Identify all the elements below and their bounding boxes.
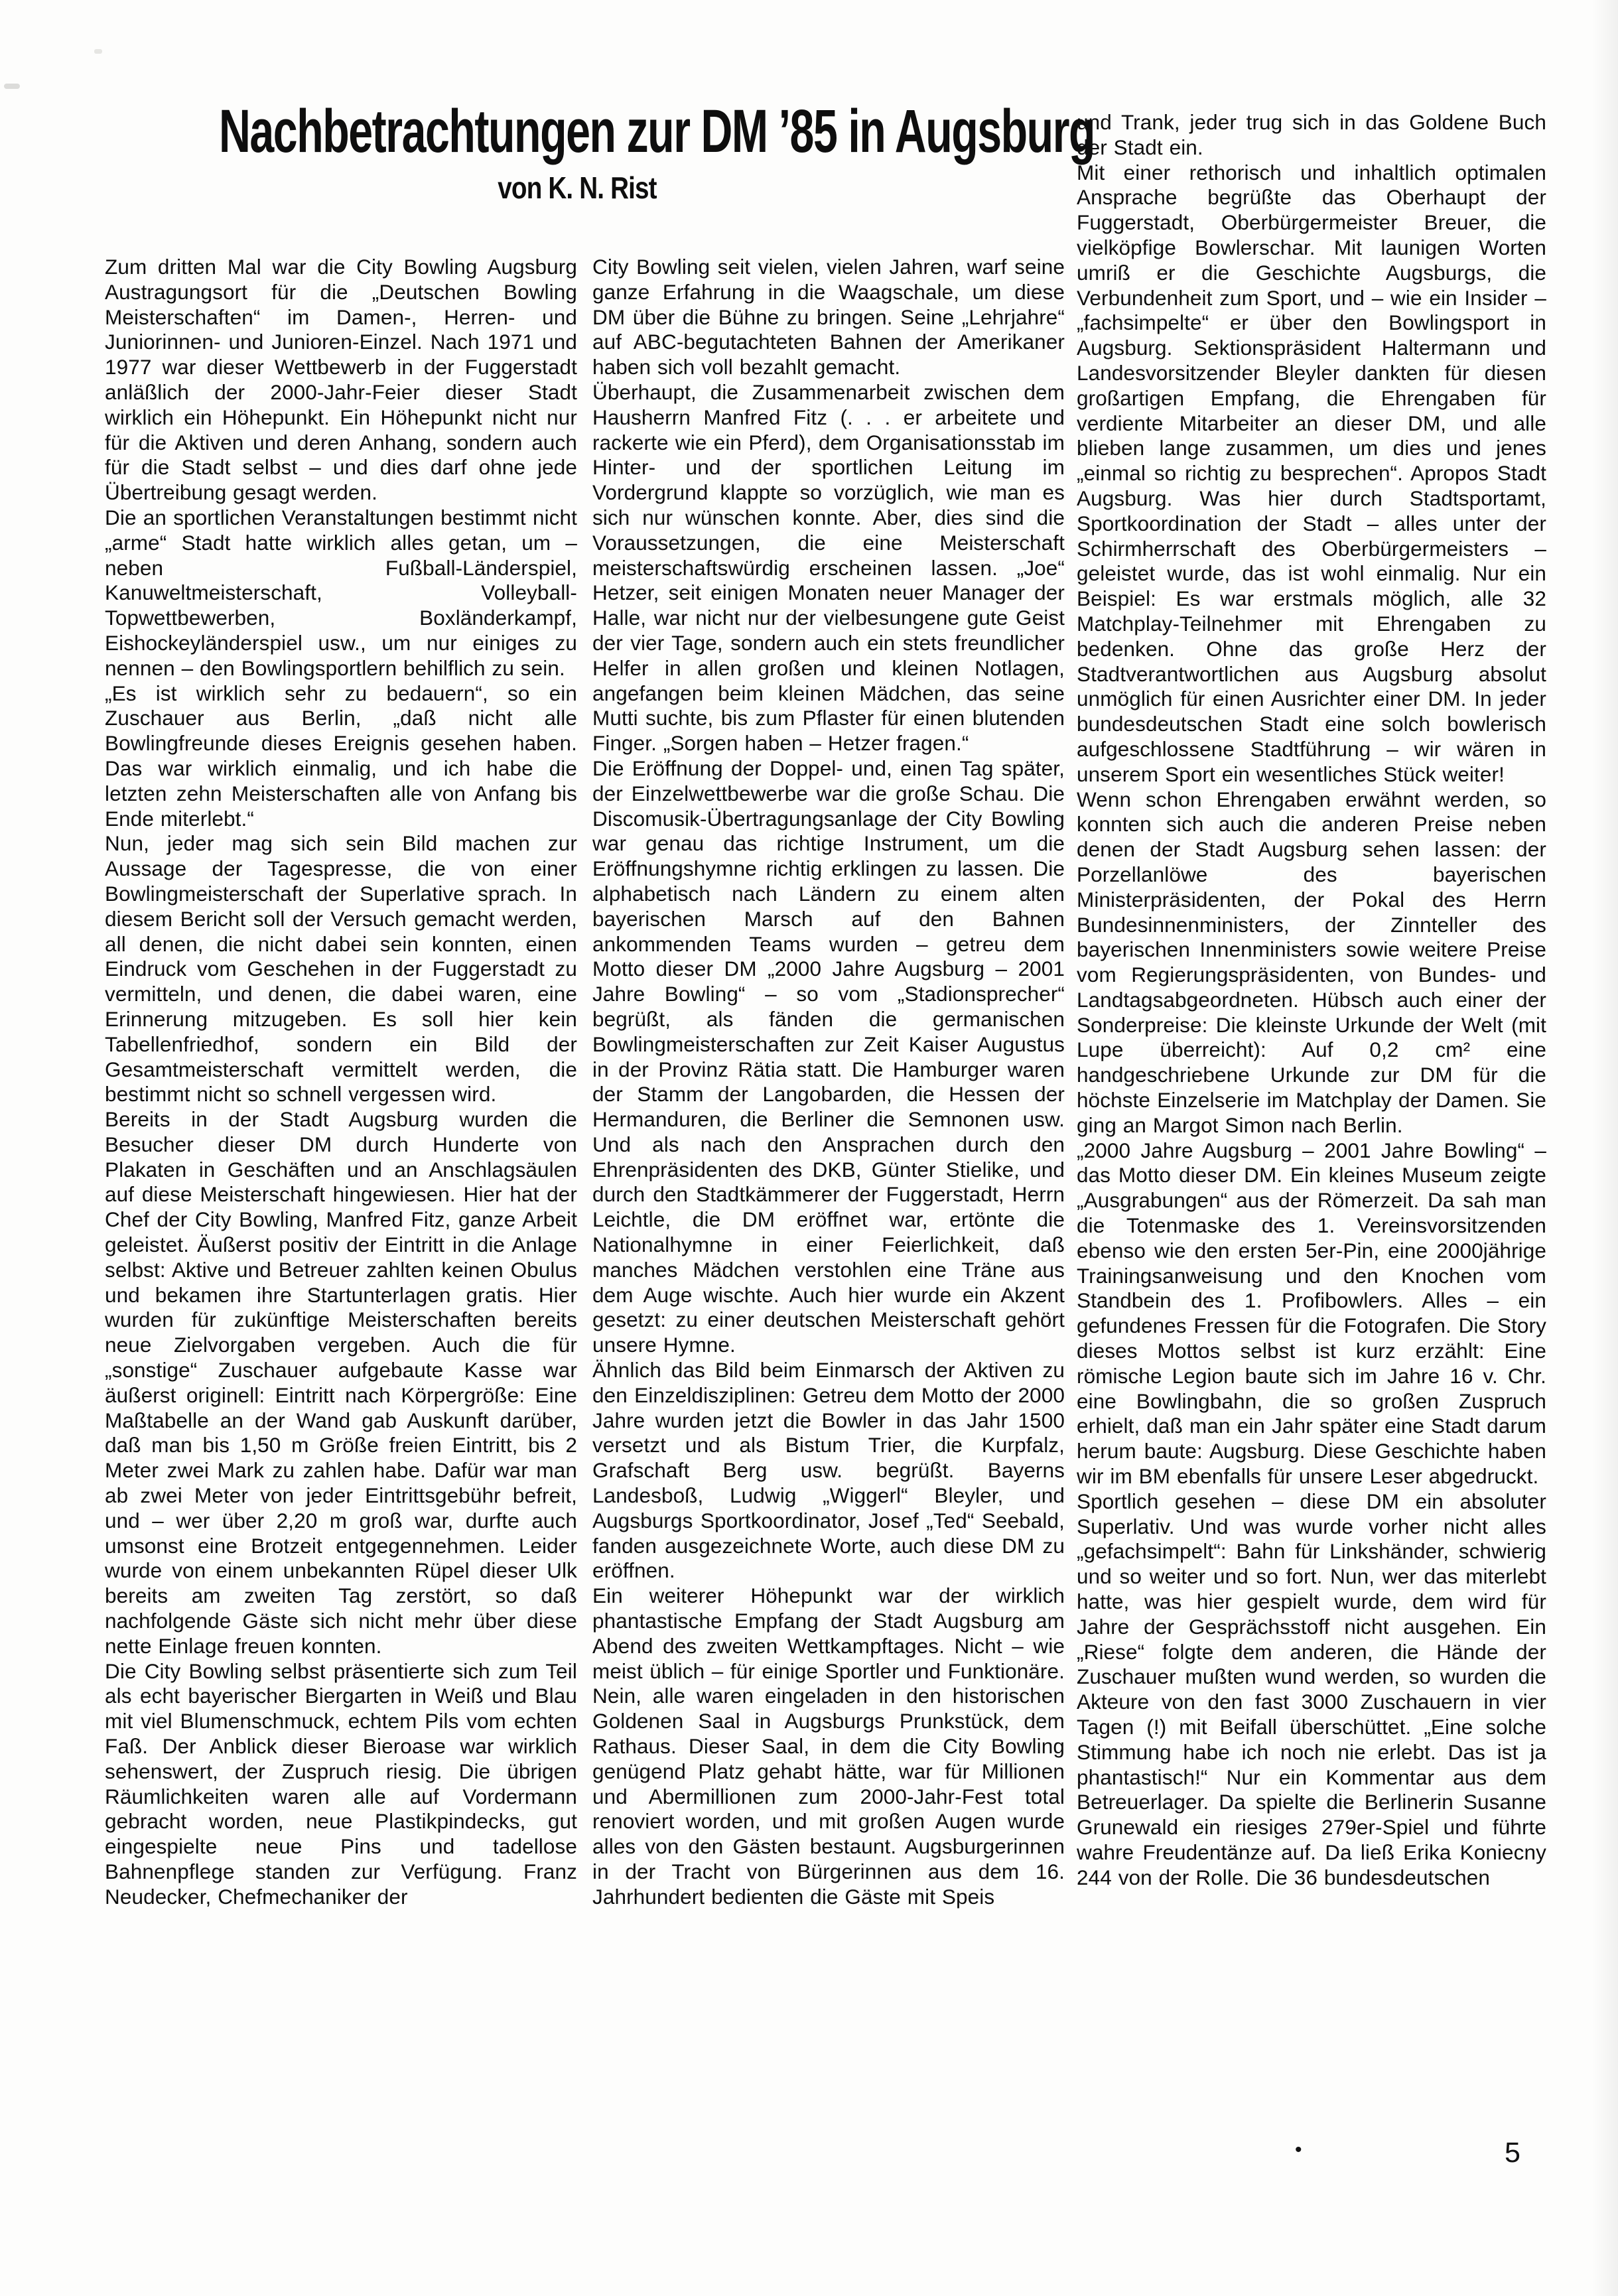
magazine-page: Nachbetrachtungen zur DM ’85 in Augsburg… <box>0 0 1618 2296</box>
paragraph: Nun, jeder mag sich sein Bild machen zur… <box>105 831 577 1107</box>
paragraph: City Bowling seit vielen, vielen Jahren,… <box>592 255 1065 380</box>
paragraph: Die Eröffnung der Doppel- und, einen Tag… <box>592 756 1065 1358</box>
text-column-right: und Trank, jeder trug sich in das Golden… <box>1077 110 1546 1891</box>
paragraph: Überhaupt, die Zusammenarbeit zwischen d… <box>592 380 1065 756</box>
page-number: 5 <box>1505 2139 1520 2167</box>
paragraph: Sportlich gesehen – diese DM ein absolut… <box>1077 1489 1546 1891</box>
paragraph: Mit einer rethorisch und inhaltlich opti… <box>1077 161 1546 787</box>
paragraph: „2000 Jahre Augsburg – 2001 Jahre Bowlin… <box>1077 1138 1546 1489</box>
article-byline: von K. N. Rist <box>159 172 995 203</box>
paragraph: und Trank, jeder trug sich in das Golden… <box>1077 110 1546 161</box>
text-column-middle: City Bowling seit vielen, vielen Jahren,… <box>592 255 1065 1910</box>
paragraph: Die City Bowling selbst präsentierte sic… <box>105 1659 577 1910</box>
paragraph: Ähnlich das Bild beim Einmarsch der Akti… <box>592 1358 1065 1584</box>
article-title: Nachbetrachtungen zur DM ’85 in Augsburg <box>219 101 935 162</box>
paragraph: Ein weiterer Höhepunkt war der wirklich … <box>592 1584 1065 1909</box>
scan-smudge <box>4 84 20 89</box>
print-dot: • <box>1295 2140 1302 2160</box>
paragraph: Zum dritten Mal war die City Bowling Aug… <box>105 255 577 506</box>
paragraph: „Es ist wirklich sehr zu bedauern“, so e… <box>105 681 577 832</box>
article-header: Nachbetrachtungen zur DM ’85 in Augsburg… <box>80 101 1075 203</box>
paragraph: Die an sportlichen Veranstaltungen besti… <box>105 506 577 681</box>
text-column-left: Zum dritten Mal war die City Bowling Aug… <box>105 255 577 1910</box>
paragraph: Wenn schon Ehrengaben erwähnt werden, so… <box>1077 787 1546 1138</box>
paragraph: Bereits in der Stadt Augsburg wurden die… <box>105 1107 577 1659</box>
scan-smudge <box>94 49 102 54</box>
scan-edge-shade <box>1591 0 1618 2296</box>
